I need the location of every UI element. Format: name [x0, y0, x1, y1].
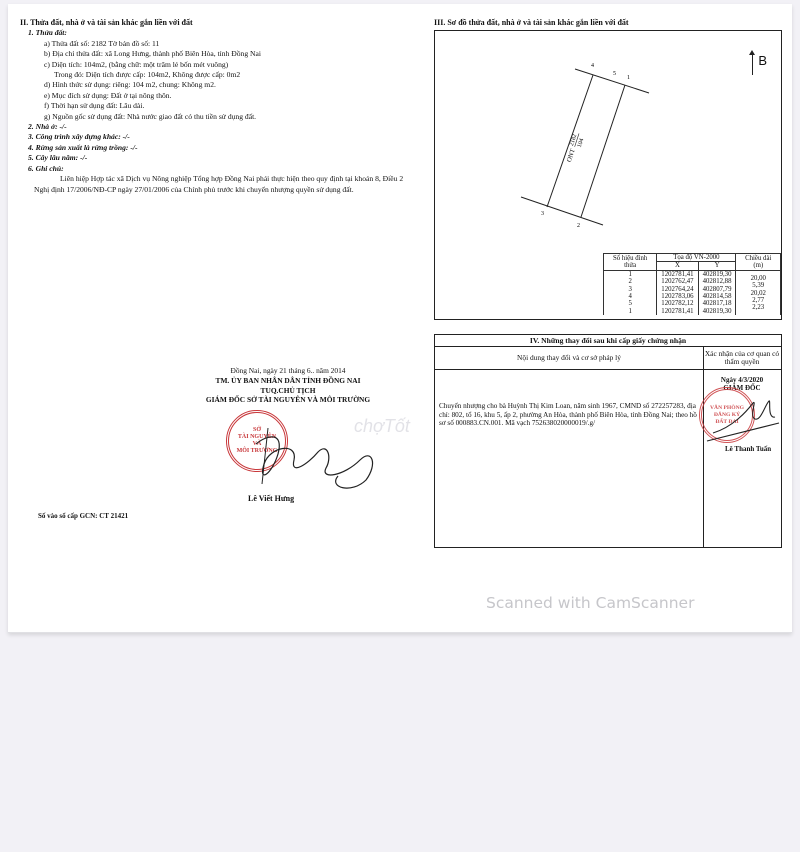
handwritten-signature-right	[703, 397, 783, 447]
note-text: Liên hiệp Hợp tác xã Dịch vụ Nông nghiệp…	[34, 174, 404, 195]
place-date: Đồng Nai, ngày 21 tháng 6.. năm 2014	[158, 366, 418, 376]
section-item: 3. Công trình xây dựng khác: -/-	[28, 132, 420, 142]
issuer-line-3: GIÁM ĐỐC SỞ TÀI NGUYÊN VÀ MÔI TRƯỜNG	[158, 395, 418, 405]
parcel-sketch: 4 5 1 3 2 ONT 2182 104	[435, 31, 780, 251]
section-item: 2. Nhà ở: -/-	[28, 122, 420, 132]
segment-lengths: 20,005,3920,022,772,23	[736, 270, 781, 315]
land-item: a) Thửa đất số: 2182 Tờ bản đồ số: 11	[44, 39, 420, 49]
signer-name-left: Lê Viết Hưng	[248, 494, 294, 503]
land-heading: 1. Thửa đất:	[28, 28, 420, 38]
vertex-label: 4	[591, 63, 594, 69]
issuer-line-1: TM. ỦY BAN NHÂN DÂN TỈNH ĐỒNG NAI	[158, 376, 418, 386]
x-coords: 1202781,411202762,471202764,241202783,06…	[657, 270, 698, 315]
certificate-serial: Số vào sổ cấp GCN: CT 21421	[38, 512, 128, 520]
section-item: 5. Cây lâu năm: -/-	[28, 153, 420, 163]
land-item: c) Diện tích: 104m2, (bằng chữ: một trăm…	[44, 60, 420, 70]
issuer-signature-block: Đồng Nai, ngày 21 tháng 6.. năm 2014 TM.…	[158, 366, 418, 405]
signer-name-right: Lê Thanh Tuấn	[725, 445, 771, 453]
camscanner-footer: Scanned with CamScanner	[486, 594, 694, 612]
section-2-title: II. Thửa đất, nhà ở và tài sản khác gắn …	[20, 18, 420, 28]
col-x: X	[657, 262, 698, 270]
col-content-header: Nội dung thay đổi và cơ sở pháp lý	[435, 347, 703, 370]
watermark: chợTốt	[354, 416, 410, 437]
col-y: Y	[698, 262, 736, 270]
vertex-ids: 123451	[604, 270, 657, 315]
approval-column: Xác nhận của cơ quan có thẩm quyền Ngày …	[703, 347, 781, 547]
col-coord: Tọa độ VN-2000	[657, 254, 736, 262]
land-item: d) Hình thức sử dụng: riêng: 104 m2, chu…	[44, 80, 420, 90]
scanned-document-page: II. Thửa đất, nhà ở và tài sản khác gắn …	[8, 4, 792, 633]
section-4-title: IV. Những thay đổi sau khi cấp giấy chứn…	[435, 335, 781, 347]
col-approval-header: Xác nhận của cơ quan có thẩm quyền	[703, 347, 781, 370]
land-item: e) Mục đích sử dụng: Đất ở tại nông thôn…	[44, 91, 420, 101]
change-description: Chuyển nhượng cho bà Huỳnh Thị Kim Loan,…	[435, 370, 703, 428]
vertex-label: 2	[577, 223, 580, 229]
changes-content-column: Nội dung thay đổi và cơ sở pháp lý Chuyể…	[435, 347, 704, 547]
vertex-label: 3	[541, 211, 544, 217]
parcel-diagram: B 4 5 1 3 2 ONT 2182 104	[434, 30, 782, 320]
section-land-info: II. Thửa đất, nhà ở và tài sản khác gắn …	[20, 18, 420, 195]
vertex-label: 1	[627, 75, 630, 81]
section-item: 4. Rừng sản xuất là rừng trồng: -/-	[28, 143, 420, 153]
land-item: f) Thời hạn sử dụng đất: Lâu dài.	[44, 101, 420, 111]
col-vertex: Số hiệu đỉnh thửa	[604, 254, 657, 271]
section-3-title: III. Sơ đồ thửa đất, nhà ở và tài sản kh…	[434, 18, 629, 27]
y-coords: 402819,30402812,88402807,79402814,584028…	[698, 270, 736, 315]
issuer-line-2: TUQ.CHỦ TỊCH	[158, 386, 418, 396]
land-item: b) Địa chỉ thửa đất: xã Long Hưng, thành…	[44, 49, 420, 59]
vertex-label: 5	[613, 71, 616, 77]
parcel-code: ONT	[566, 148, 577, 163]
coordinate-table: Số hiệu đỉnh thửa Tọa độ VN-2000 Chiều d…	[603, 253, 781, 315]
section-item: 6. Ghi chú:	[28, 164, 420, 174]
col-length: Chiều dài (m)	[736, 254, 781, 271]
area-detail: Trong đó: Diện tích được cấp: 104m2, Khô…	[54, 70, 420, 80]
parcel-area: 104	[577, 138, 585, 148]
approval-date: Ngày 4/3/2020	[703, 376, 781, 384]
changes-table: IV. Những thay đổi sau khi cấp giấy chứn…	[434, 334, 782, 548]
land-item: g) Nguồn gốc sử dụng đất: Nhà nước giao …	[44, 112, 420, 122]
